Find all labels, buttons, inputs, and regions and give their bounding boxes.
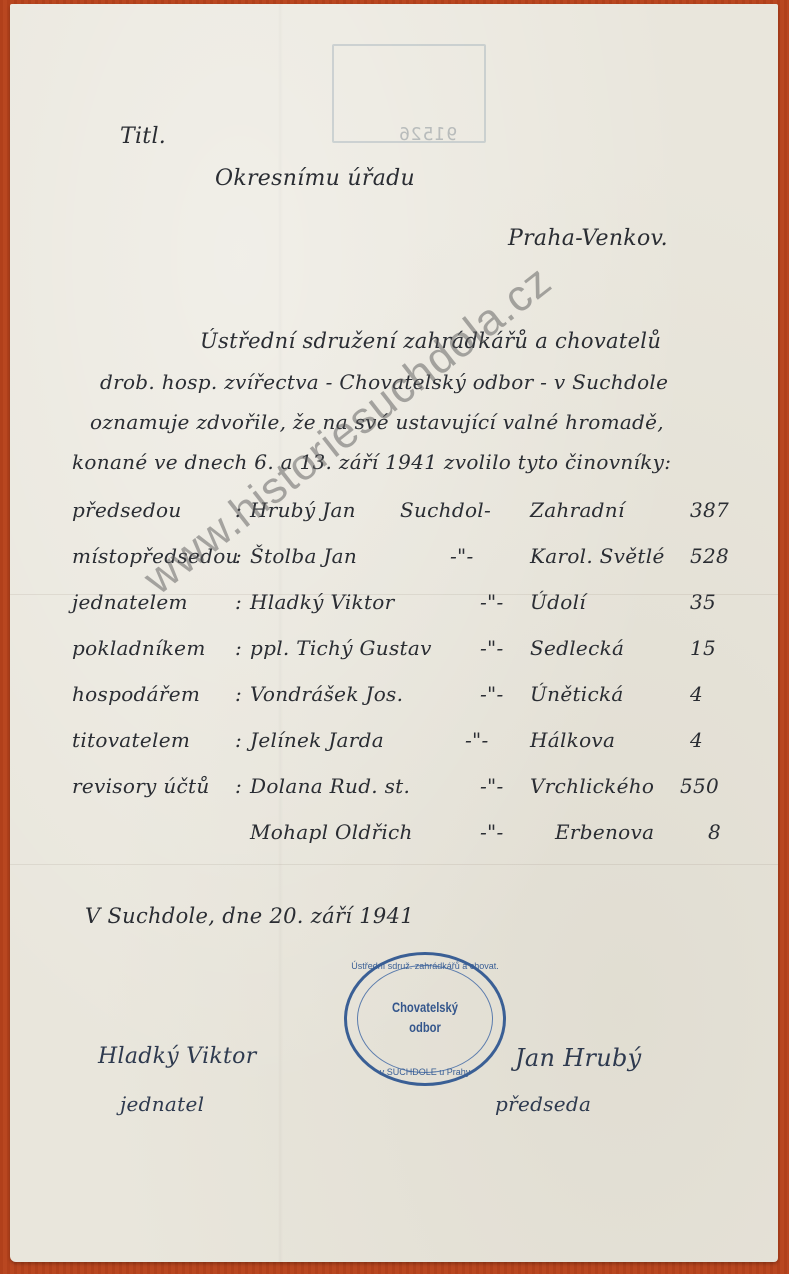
stamp-ring-text-bottom: v SUCHDOLE u Prahy xyxy=(347,1067,503,1077)
officer-number: 4 xyxy=(690,728,703,752)
officer-street: Vrchlického xyxy=(530,774,654,798)
officer-name: Jelínek Jarda xyxy=(250,728,384,752)
faded-registry-number: 91526 xyxy=(398,124,457,145)
officer-number: 550 xyxy=(680,774,719,798)
signature-chairman: Jan Hrubý xyxy=(515,1044,642,1072)
officer-place: -"- xyxy=(450,544,474,568)
officer-place: -"- xyxy=(465,728,489,752)
officer-street: Únětická xyxy=(530,682,624,706)
officer-number: 35 xyxy=(690,590,716,614)
date-line: V Suchdole, dne 20. září 1941 xyxy=(85,904,414,928)
signature-chairman-title: předseda xyxy=(495,1092,591,1116)
officer-role: pokladníkem xyxy=(72,636,206,660)
officer-street: Zahradní xyxy=(530,498,625,522)
officer-street: Hálkova xyxy=(530,728,615,752)
officer-place: -"- xyxy=(480,820,504,844)
signature-secretary-title: jednatel xyxy=(120,1092,204,1116)
fold-line xyxy=(10,864,778,865)
officer-name: Mohapl Oldřich xyxy=(250,820,413,844)
recipient-line-1: Okresnímu úřadu xyxy=(215,166,415,191)
signature-secretary: Hladký Viktor xyxy=(98,1044,257,1069)
officer-role: předsedou xyxy=(72,498,182,522)
stamp-ring-text-top: Ústřední sdruž. zahrádkářů a chovat. xyxy=(347,961,503,971)
body-line-4: konané ve dnech 6. a 13. září 1941 zvoli… xyxy=(72,450,671,474)
officer-street: Sedlecká xyxy=(530,636,624,660)
officer-street: Údolí xyxy=(530,590,586,614)
stamp-center-text: Chovatelský odbor xyxy=(363,997,488,1037)
organization-stamp: Ústřední sdruž. zahrádkářů a chovat. Cho… xyxy=(344,952,506,1086)
officer-role: titovatelem xyxy=(72,728,190,752)
officer-place: Suchdol- xyxy=(400,498,491,522)
officer-role: revisory účtů xyxy=(72,774,210,798)
officer-street: Erbenova xyxy=(555,820,654,844)
officer-place: -"- xyxy=(480,636,504,660)
officer-number: 8 xyxy=(708,820,721,844)
officer-place: -"- xyxy=(480,774,504,798)
officer-role: hospodářem xyxy=(72,682,200,706)
officer-number: 528 xyxy=(690,544,729,568)
title-prefix: Titl. xyxy=(120,124,166,149)
officer-street: Karol. Světlé xyxy=(530,544,665,568)
officer-number: 387 xyxy=(690,498,729,522)
officer-place: -"- xyxy=(480,682,504,706)
officer-name: Štolba Jan xyxy=(250,544,357,568)
officer-number: 4 xyxy=(690,682,703,706)
recipient-line-2: Praha-Venkov. xyxy=(508,226,668,251)
document-page: 91526 Titl. Okresnímu úřadu Praha-Venkov… xyxy=(10,4,778,1262)
officer-name: Vondrášek Jos. xyxy=(250,682,403,706)
officer-name: ppl. Tichý Gustav xyxy=(250,636,432,660)
officer-place: -"- xyxy=(480,590,504,614)
officer-number: 15 xyxy=(690,636,716,660)
officer-name: Hladký Viktor xyxy=(250,590,395,614)
officer-name: Dolana Rud. st. xyxy=(250,774,410,798)
